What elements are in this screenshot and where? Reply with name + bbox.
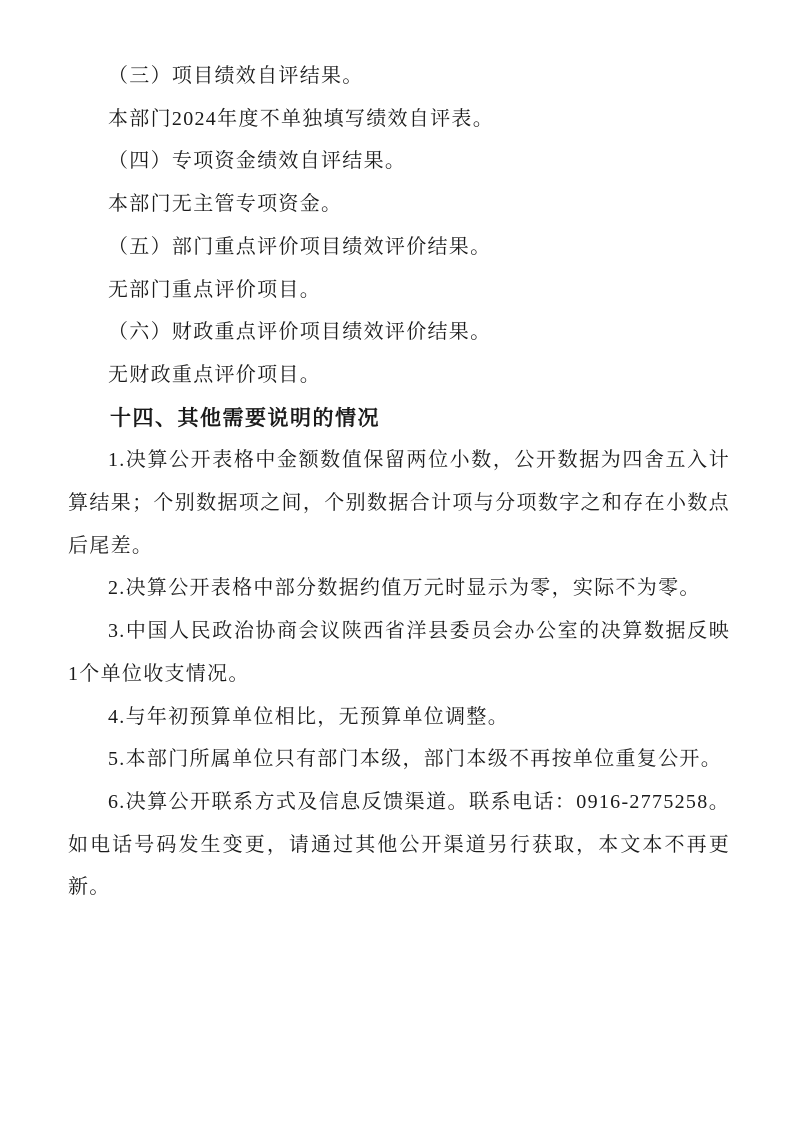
section-heading-14-other-notes: 十四、其他需要说明的情况 <box>68 397 730 440</box>
paragraph-note-3-unit-scope: 3.中国人民政治协商会议陕西省洋县委员会办公室的决算数据反映1个单位收支情况。 <box>68 610 730 695</box>
paragraph-item-6-finance-eval-body: 无财政重点评价项目。 <box>68 354 730 397</box>
paragraph-item-5-dept-eval-title: （五）部门重点评价项目绩效评价结果。 <box>68 226 730 269</box>
paragraph-item-4-special-funds-body: 本部门无主管专项资金。 <box>68 183 730 226</box>
paragraph-item-6-finance-eval-title: （六）财政重点评价项目绩效评价结果。 <box>68 311 730 354</box>
paragraph-note-4-budget-units: 4.与年初预算单位相比，无预算单位调整。 <box>68 696 730 739</box>
paragraph-item-5-dept-eval-body: 无部门重点评价项目。 <box>68 269 730 312</box>
paragraph-note-1-rounding: 1.决算公开表格中金额数值保留两位小数，公开数据为四舍五入计算结果；个别数据项之… <box>68 439 730 567</box>
paragraph-note-5-subordinate-units: 5.本部门所属单位只有部门本级，部门本级不再按单位重复公开。 <box>68 738 730 781</box>
paragraph-item-4-special-funds-title: （四）专项资金绩效自评结果。 <box>68 140 730 183</box>
paragraph-note-6-contact-info: 6.决算公开联系方式及信息反馈渠道。联系电话：0916-2775258。如电话号… <box>68 781 730 909</box>
document-body: （三）项目绩效自评结果。 本部门2024年度不单独填写绩效自评表。 （四）专项资… <box>68 55 730 909</box>
paragraph-item-3-self-eval-title: （三）项目绩效自评结果。 <box>68 55 730 98</box>
paragraph-note-2-zero-display: 2.决算公开表格中部分数据约值万元时显示为零，实际不为零。 <box>68 567 730 610</box>
document-page: （三）项目绩效自评结果。 本部门2024年度不单独填写绩效自评表。 （四）专项资… <box>0 0 793 1122</box>
paragraph-item-3-self-eval-body: 本部门2024年度不单独填写绩效自评表。 <box>68 98 730 141</box>
